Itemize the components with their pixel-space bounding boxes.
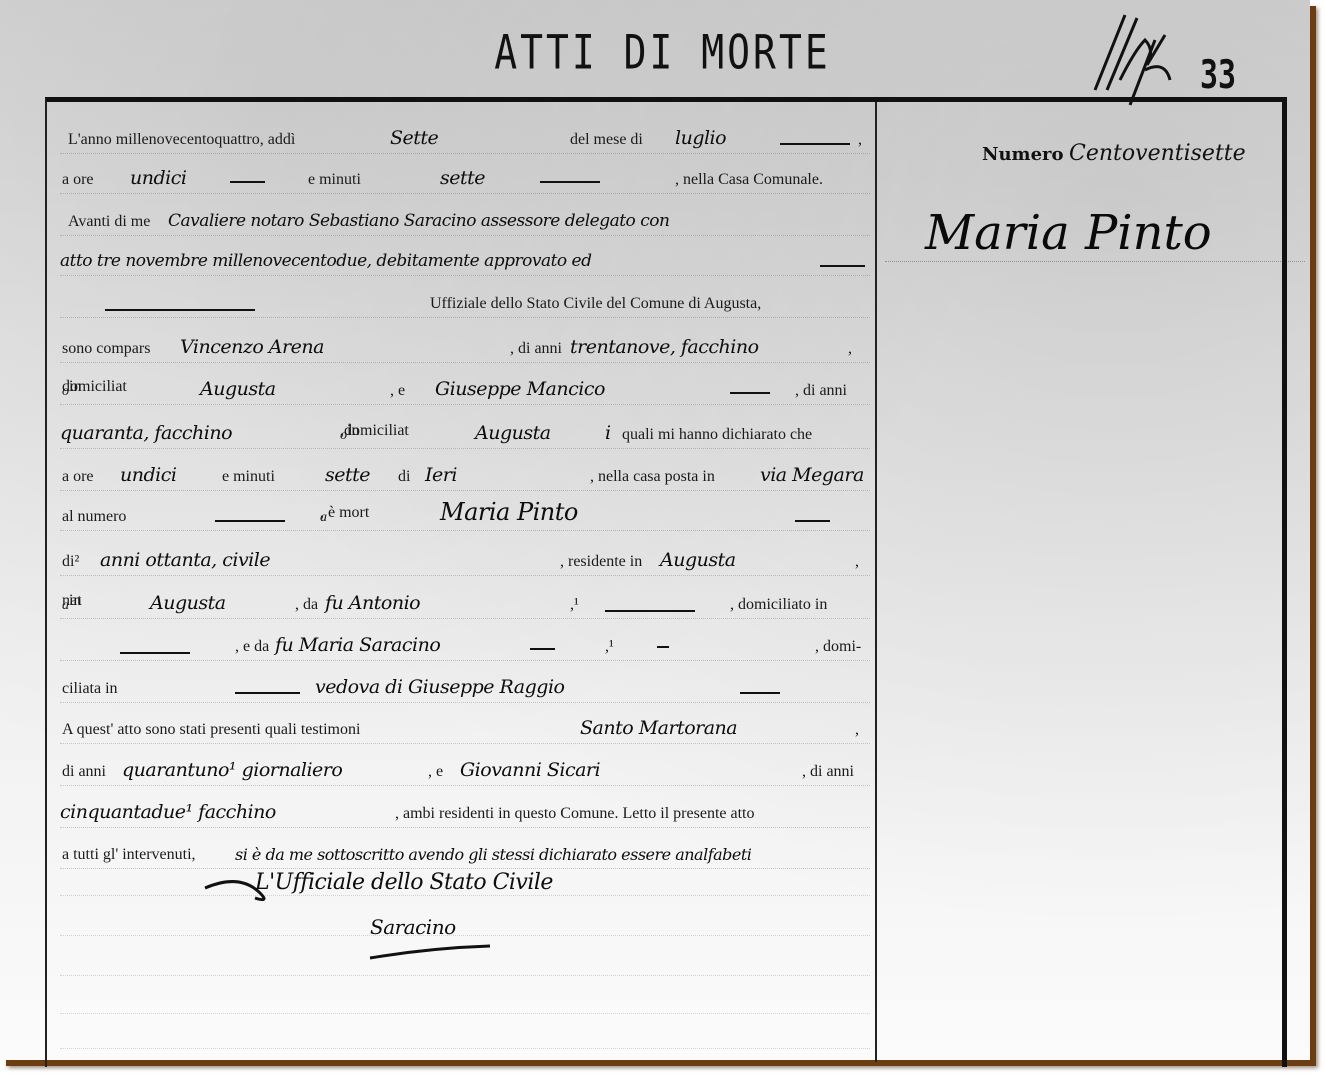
numero-label: Numero	[982, 144, 1064, 165]
handwritten-mother-domicile: vedova di Giuseppe Raggio	[315, 676, 564, 698]
printed-text: L'anno millenovecentoquattro, addì	[68, 131, 295, 149]
printed-text: di anni	[62, 763, 106, 781]
printed-text: ,	[858, 131, 862, 149]
printed-text: Uffiziale dello Stato Civile del Comune …	[430, 295, 761, 313]
handwritten-declarant-2: Giuseppe Mancico	[435, 378, 605, 400]
handwritten-plural-i: i	[605, 422, 611, 444]
handwritten-mother: fu Maria Saracino	[275, 634, 440, 656]
printed-text: in	[69, 378, 81, 396]
record-line-5: Uffiziale dello Stato Civile del Comune …	[60, 287, 870, 318]
handwritten-declarant-1: Vincenzo Arena	[180, 336, 324, 358]
printed-text: a ore	[62, 468, 94, 486]
column-divider	[875, 102, 877, 1062]
record-line-13: , e da fu Maria Saracino ,¹ , domi-	[60, 630, 870, 661]
record-line-6: sono compars Vincenzo Arena , di anni tr…	[60, 332, 870, 363]
handwritten-death-street: via Megara	[760, 464, 864, 486]
printed-text: , nella Casa Comunale.	[675, 171, 823, 189]
printed-text: quali mi hanno dichiarato che	[622, 426, 812, 444]
record-number: Numero Centoventisette	[982, 140, 1246, 166]
record-line-2: a ore undici e minuti sette , nella Casa…	[60, 163, 870, 194]
printed-text: , di anni	[795, 382, 847, 400]
handwritten-death-hour: undici	[120, 464, 176, 486]
printed-text: di²	[62, 553, 79, 571]
record-line-17: cinquantadue¹ facchino , ambi residenti …	[60, 797, 870, 828]
record-line-16: di anni quarantuno¹ giornaliero , e Giov…	[60, 755, 870, 786]
folio-number: 33	[1200, 53, 1236, 99]
record-line-8: quaranta, facchino ,domiciliato in Augus…	[60, 418, 870, 449]
handwritten-witness-2: Giovanni Sicari	[460, 759, 600, 781]
record-line-3: Avanti di me Cavaliere notaro Sebastiano…	[60, 205, 870, 236]
record-line-11: di² anni ottanta, civile , residente in …	[60, 545, 870, 576]
handwritten-death-day: Ieri	[425, 464, 457, 486]
signature-title: L'Ufficiale dello Stato Civile	[255, 870, 553, 895]
printed-text: A quest' atto sono stati presenti quali …	[62, 721, 360, 739]
handwritten-witness-1-age-occupation: quarantuno¹ giornaliero	[122, 759, 342, 781]
handwritten-deceased-name: Maria Pinto	[440, 498, 578, 526]
printed-text: a tutti gl' intervenuti,	[62, 846, 196, 864]
printed-text: Avanti di me	[68, 213, 150, 231]
printed-text: , domi-	[815, 638, 861, 656]
printed-text: , ambi residenti in questo Comune. Letto…	[395, 805, 754, 823]
handwritten-age-occupation-1: trentanove, facchino	[570, 336, 759, 358]
handwritten-witness-1: Santo Martorana	[580, 717, 737, 739]
record-line-14: ciliata in vedova di Giuseppe Raggio	[60, 672, 870, 703]
printed-text: in	[69, 592, 81, 610]
handwritten-death-minutes: sette	[325, 464, 370, 486]
printed-text: ,¹	[605, 638, 614, 656]
printed-text: ciliata in	[62, 680, 118, 698]
printed-text: , e	[428, 763, 443, 781]
handwritten-hour: undici	[130, 167, 186, 189]
record-line-7: domiciliato in Augusta , e Giuseppe Manc…	[60, 374, 870, 405]
handwritten-age-status: anni ottanta, civile	[100, 549, 270, 571]
printed-text: ,	[855, 553, 859, 571]
handwritten-domicile-1: Augusta	[200, 378, 276, 400]
printed-text: , domiciliato in	[730, 596, 827, 614]
handwritten-father: fu Antonio	[325, 592, 420, 614]
printed-text: , residente in	[560, 553, 642, 571]
printed-text: del mese di	[570, 131, 643, 149]
printed-text: al numero	[62, 508, 126, 526]
handwritten-residence: Augusta	[660, 549, 736, 571]
handwritten-officer: Cavaliere notaro Sebastiano Saracino ass…	[168, 211, 669, 231]
handwritten-age-occupation-2: quaranta, facchino	[60, 422, 232, 444]
printed-text: di	[398, 468, 410, 486]
numero-value: Centoventisette	[1069, 141, 1246, 166]
printed-text: ,	[848, 340, 852, 358]
record-line-15: A quest' atto sono stati presenti quali …	[60, 713, 870, 744]
margin-deceased-name: Maria Pinto	[885, 205, 1305, 262]
handwritten-domicile-2: Augusta	[475, 422, 551, 444]
printed-text: e minuti	[308, 171, 361, 189]
handwritten-minutes: sette	[440, 167, 485, 189]
printed-text: , è mort	[320, 504, 369, 522]
handwritten-day: Sette	[390, 127, 438, 149]
handwritten-month: luglio	[675, 127, 726, 149]
printed-text: , nella casa posta in	[590, 468, 715, 486]
printed-text: in	[347, 422, 359, 440]
handwritten-closing-note: si è da me sottoscritto avendo gli stess…	[235, 845, 751, 864]
record-line-18: a tutti gl' intervenuti, si è da me sott…	[60, 838, 870, 869]
record-line-10: al numero , è morta Maria Pinto	[60, 500, 870, 531]
printed-text: , di anni	[802, 763, 854, 781]
printed-text: ,	[855, 721, 859, 739]
record-line-12: nata in Augusta , da fu Antonio ,¹ , dom…	[60, 588, 870, 619]
printed-text: e minuti	[222, 468, 275, 486]
printed-text: , da	[295, 596, 318, 614]
printed-text: , di anni	[510, 340, 562, 358]
printed-text: , e	[390, 382, 405, 400]
document-page: ATTI DI MORTE 33 Numero Centoventisette …	[0, 0, 1310, 1060]
handwritten-delegation: atto tre novembre millenovecentodue, deb…	[60, 251, 592, 271]
printed-text: , e da	[235, 638, 269, 656]
printed-text: sono compars	[62, 340, 150, 358]
record-line-4: atto tre novembre millenovecentodue, deb…	[60, 245, 870, 276]
folio-initials-scribble	[1085, 10, 1180, 110]
printed-text: ,¹	[570, 596, 579, 614]
printed-text: a ore	[62, 171, 94, 189]
record-line-1: L'anno millenovecentoquattro, addì Sette…	[60, 123, 870, 154]
handwritten-birthplace: Augusta	[150, 592, 226, 614]
record-line-9: a ore undici e minuti sette di Ieri , ne…	[60, 460, 870, 491]
handwritten-witness-2-age-occupation: cinquantadue¹ facchino	[60, 801, 276, 823]
